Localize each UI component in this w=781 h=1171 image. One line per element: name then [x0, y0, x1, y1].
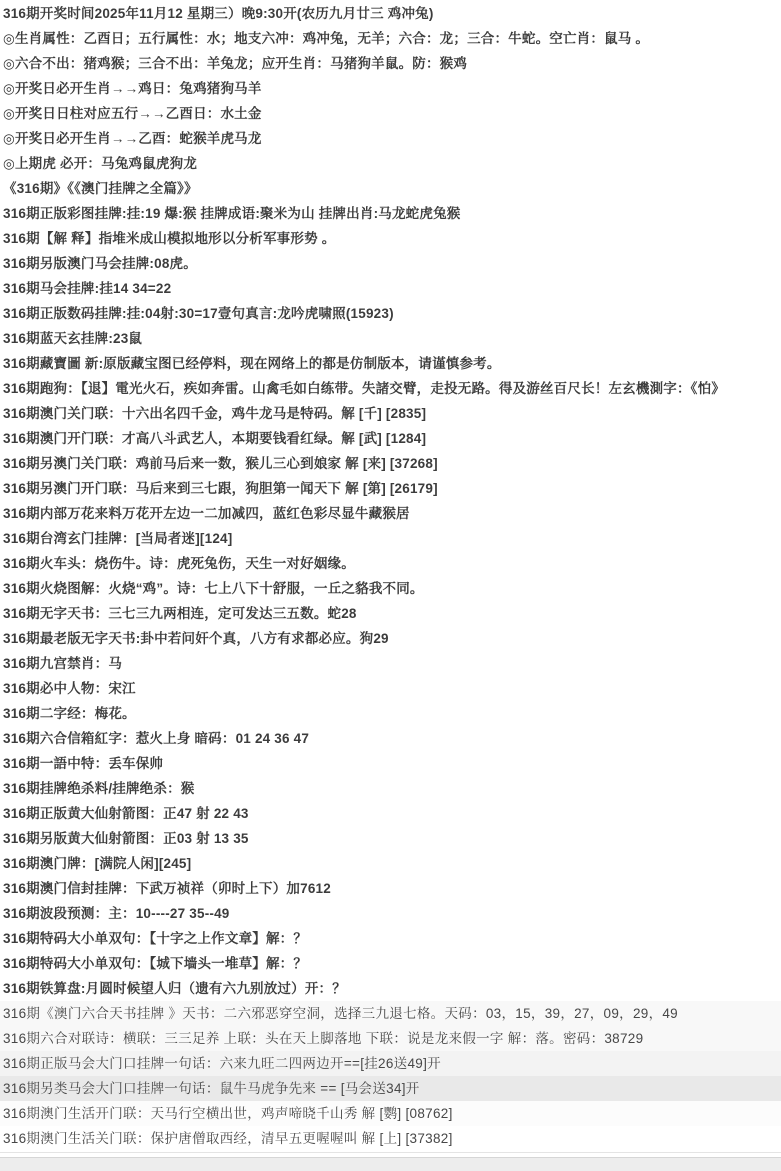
- text-line: 316期开奖时间2025年11月12 星期三）晚9:30开(农历九月廿三 鸡冲兔…: [0, 1, 781, 26]
- divider: [0, 1152, 781, 1153]
- footer-band: [0, 1157, 781, 1171]
- text-line: 316期澳门开门联：才高八斗武艺人，本期要钱看红绿。解 [武] [1284]: [0, 426, 781, 451]
- text-line: 316期马会挂牌:挂14 34=22: [0, 276, 781, 301]
- text-line: 316期另澳门开门联：马后来到三七跟，狗胆第一闻天下 解 [第] [26179]: [0, 476, 781, 501]
- text-line: 316期波段预测：主：10----27 35--49: [0, 901, 781, 926]
- text-line: 316期内部万花来料万花开左边一二加减四，蓝红色彩尽显牛藏猴居: [0, 501, 781, 526]
- text-line: 316期【解 释】指堆米成山模拟地形以分析军事形势 。: [0, 226, 781, 251]
- text-line: 316期一語中特：丢车保帅: [0, 751, 781, 776]
- text-line: 316期正版数码挂牌:挂:04射:30=17壹句真言:龙吟虎啸照(15923): [0, 301, 781, 326]
- text-line: 316期正版彩图挂牌:挂:19 爆:猴 挂牌成语:聚米为山 挂牌出肖:马龙蛇虎兔…: [0, 201, 781, 226]
- text-line: 316期澳门生活开门联：天马行空横出世，鸡声啼晓千山秀 解 [鹦] [08762…: [0, 1101, 781, 1126]
- text-line: 316期澳门关门联：十六出名四千金，鸡牛龙马是特码。解 [千] [2835]: [0, 401, 781, 426]
- text-line: ◎开奖日日柱对应五行→→乙酉日：水土金: [0, 101, 781, 126]
- text-line: 316期澳门生活关门联：保护唐僧取西经，清早五更喔喔叫 解 [上] [37382…: [0, 1126, 781, 1151]
- text-line: 316期澳门牌：[满院人闲][245]: [0, 851, 781, 876]
- text-line: 316期另版黄大仙射箭图：正03 射 13 35: [0, 826, 781, 851]
- text-line: ◎生肖属性：乙酉日；五行属性：水；地支六冲：鸡冲兔，无羊；六合：龙；三合：牛蛇。…: [0, 26, 781, 51]
- text-line: 316期正版黄大仙射箭图：正47 射 22 43: [0, 801, 781, 826]
- text-line: 316期铁算盘:月圆时候望人归（遗有六九别放过）开：？: [0, 976, 781, 1001]
- text-line: 316期挂牌绝杀料/挂牌绝杀：猴: [0, 776, 781, 801]
- text-line: ◎六合不出：猪鸡猴；三合不出：羊兔龙；应开生肖：马猪狗羊鼠。防：猴鸡: [0, 51, 781, 76]
- text-line: 316期特码大小单双句：【城下墙头一堆草】解：？: [0, 951, 781, 976]
- text-line: ◎开奖日必开生肖→→鸡日：兔鸡猪狗马羊: [0, 76, 781, 101]
- text-line: 316期藏寶圖 新:原版藏宝图已经停料，现在网络上的都是仿制版本，请谨慎参考。: [0, 351, 781, 376]
- text-line: 316期跑狗：【退】電光火石，疾如奔雷。山禽毛如白练带。失諸交臂，走投无路。得及…: [0, 376, 781, 401]
- text-line: 316期火烧图解：火烧“鸡”。诗：七上八下十舒服，一丘之貉我不同。: [0, 576, 781, 601]
- text-line: 316期必中人物：宋江: [0, 676, 781, 701]
- text-line: ◎上期虎 必开：马兔鸡鼠虎狗龙: [0, 151, 781, 176]
- content: 316期开奖时间2025年11月12 星期三）晚9:30开(农历九月廿三 鸡冲兔…: [0, 0, 781, 1151]
- text-line: 316期《澳门六合天书挂牌 》天书：二六邪恶穿空洞，选择三九退七格。天码：03，…: [0, 1001, 781, 1026]
- text-line: 316期六合对联诗：横联：三三足养 上联：头在天上脚落地 下联：说是龙来假一字 …: [0, 1026, 781, 1051]
- text-line: 316期正版马会大门口挂牌一句话：六来九旺二四两边开==[挂26送49]开: [0, 1051, 781, 1076]
- text-line: 316期另澳门关门联：鸡前马后来一数，猴儿三心到娘家 解 [来] [37268]: [0, 451, 781, 476]
- text-line: 316期另版澳门马会挂牌:08虎。: [0, 251, 781, 276]
- text-line: 316期蓝天玄挂牌:23鼠: [0, 326, 781, 351]
- text-line: 316期台湾玄门挂牌：[当局者迷][124]: [0, 526, 781, 551]
- text-line: 316期特码大小单双句：【十字之上作文章】解：？: [0, 926, 781, 951]
- text-line: 316期九宫禁肖：马: [0, 651, 781, 676]
- text-line: ◎开奖日必开生肖→→乙酉：蛇猴羊虎马龙: [0, 126, 781, 151]
- text-line: 316期火车头：烧伤牛。诗：虎死兔伤，天生一对好姻缘。: [0, 551, 781, 576]
- text-line: 316期无字天书：三七三九两相连，定可发达三五数。蛇28: [0, 601, 781, 626]
- text-line: 316期六合信箱紅字：惹火上身 暗码：01 24 36 47: [0, 726, 781, 751]
- lottery-tips-page: 316期开奖时间2025年11月12 星期三）晚9:30开(农历九月廿三 鸡冲兔…: [0, 0, 781, 1171]
- text-line: 316期最老版无字天书:卦中若问奸个真，八方有求都必应。狗29: [0, 626, 781, 651]
- text-line: 316期二字经：梅花。: [0, 701, 781, 726]
- text-line: 《316期》《《澳门挂牌之全篇》》: [0, 176, 781, 201]
- text-line: 316期另类马会大门口挂牌一句话：鼠牛马虎争先来 == [马会送34]开: [0, 1076, 781, 1101]
- text-line: 316期澳门信封挂牌：下武万祯祥（卯时上下）加7612: [0, 876, 781, 901]
